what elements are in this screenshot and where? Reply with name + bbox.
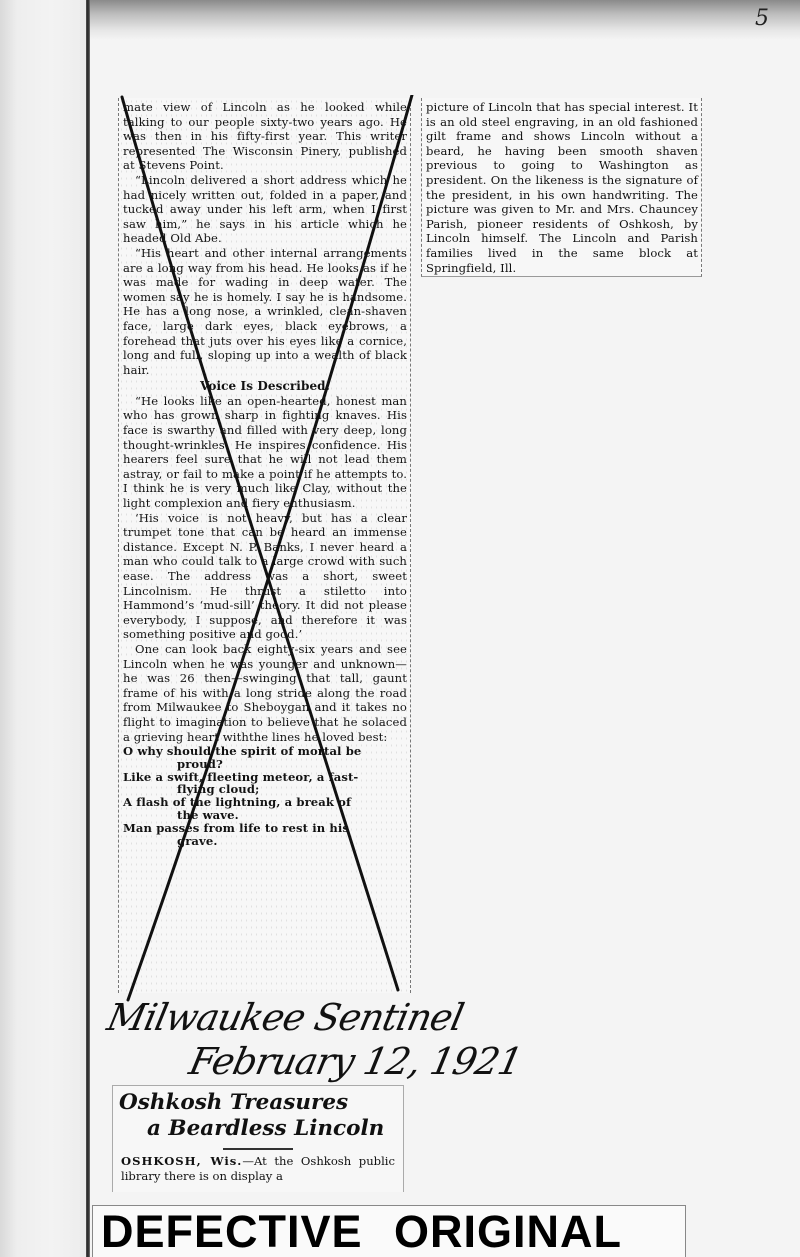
right-clipping: picture of Lincoln that has special inte… <box>421 98 702 277</box>
headline-clipping: Oshkosh Treasures a Beardless Lincoln OS… <box>112 1085 404 1192</box>
paragraph: “He looks like an open-hearted, honest m… <box>123 394 407 511</box>
handwritten-newspaper-name: Milwaukee Sentinel <box>103 996 467 1039</box>
article-lede: OSHKOSH, Wis.—At the Oshkosh public libr… <box>113 1154 403 1183</box>
defective-original-stamp: DEFECTIVE ORIGINAL <box>92 1205 686 1257</box>
paragraph: picture of Lincoln that has special inte… <box>426 100 698 275</box>
article-headline: Oshkosh Treasures a Beardless Lincoln <box>119 1090 403 1142</box>
main-column-text: mate view of Lincoln as he looked while … <box>119 98 410 847</box>
paragraph: “His heart and other internal arrangemen… <box>123 246 407 377</box>
main-clipping: mate view of Lincoln as he looked while … <box>118 98 411 993</box>
scan-left-margin <box>0 0 86 1257</box>
handwritten-date: February 12, 1921 <box>185 1040 525 1083</box>
right-column-text: picture of Lincoln that has special inte… <box>422 98 701 275</box>
dateline: OSHKOSH, Wis. <box>121 1154 242 1168</box>
verse-line: Man passes from life to rest in hisgrave… <box>123 821 407 847</box>
scan-top-shadow <box>90 0 800 40</box>
paragraph: ‘His voice is not heavy, but has a clear… <box>123 511 407 642</box>
verse-line: A flash of the lightning, a break ofthe … <box>123 795 407 821</box>
subheading: Voice Is Described. <box>123 379 407 394</box>
paragraph: “Lincoln delivered a short address which… <box>123 173 407 246</box>
page-number: 5 <box>755 6 769 31</box>
paragraph: One can look back eighty-six years and s… <box>123 642 407 744</box>
paragraph: mate view of Lincoln as he looked while … <box>123 100 407 173</box>
page-edge-line <box>86 0 90 1257</box>
stamp-label: DEFECTIVE ORIGINAL <box>101 1206 685 1257</box>
verse-line: Like a swift, fleeting meteor, a fast-fl… <box>123 770 407 796</box>
headline-rule <box>223 1148 293 1150</box>
verse-line: O why should the spirit of mortal beprou… <box>123 744 407 770</box>
